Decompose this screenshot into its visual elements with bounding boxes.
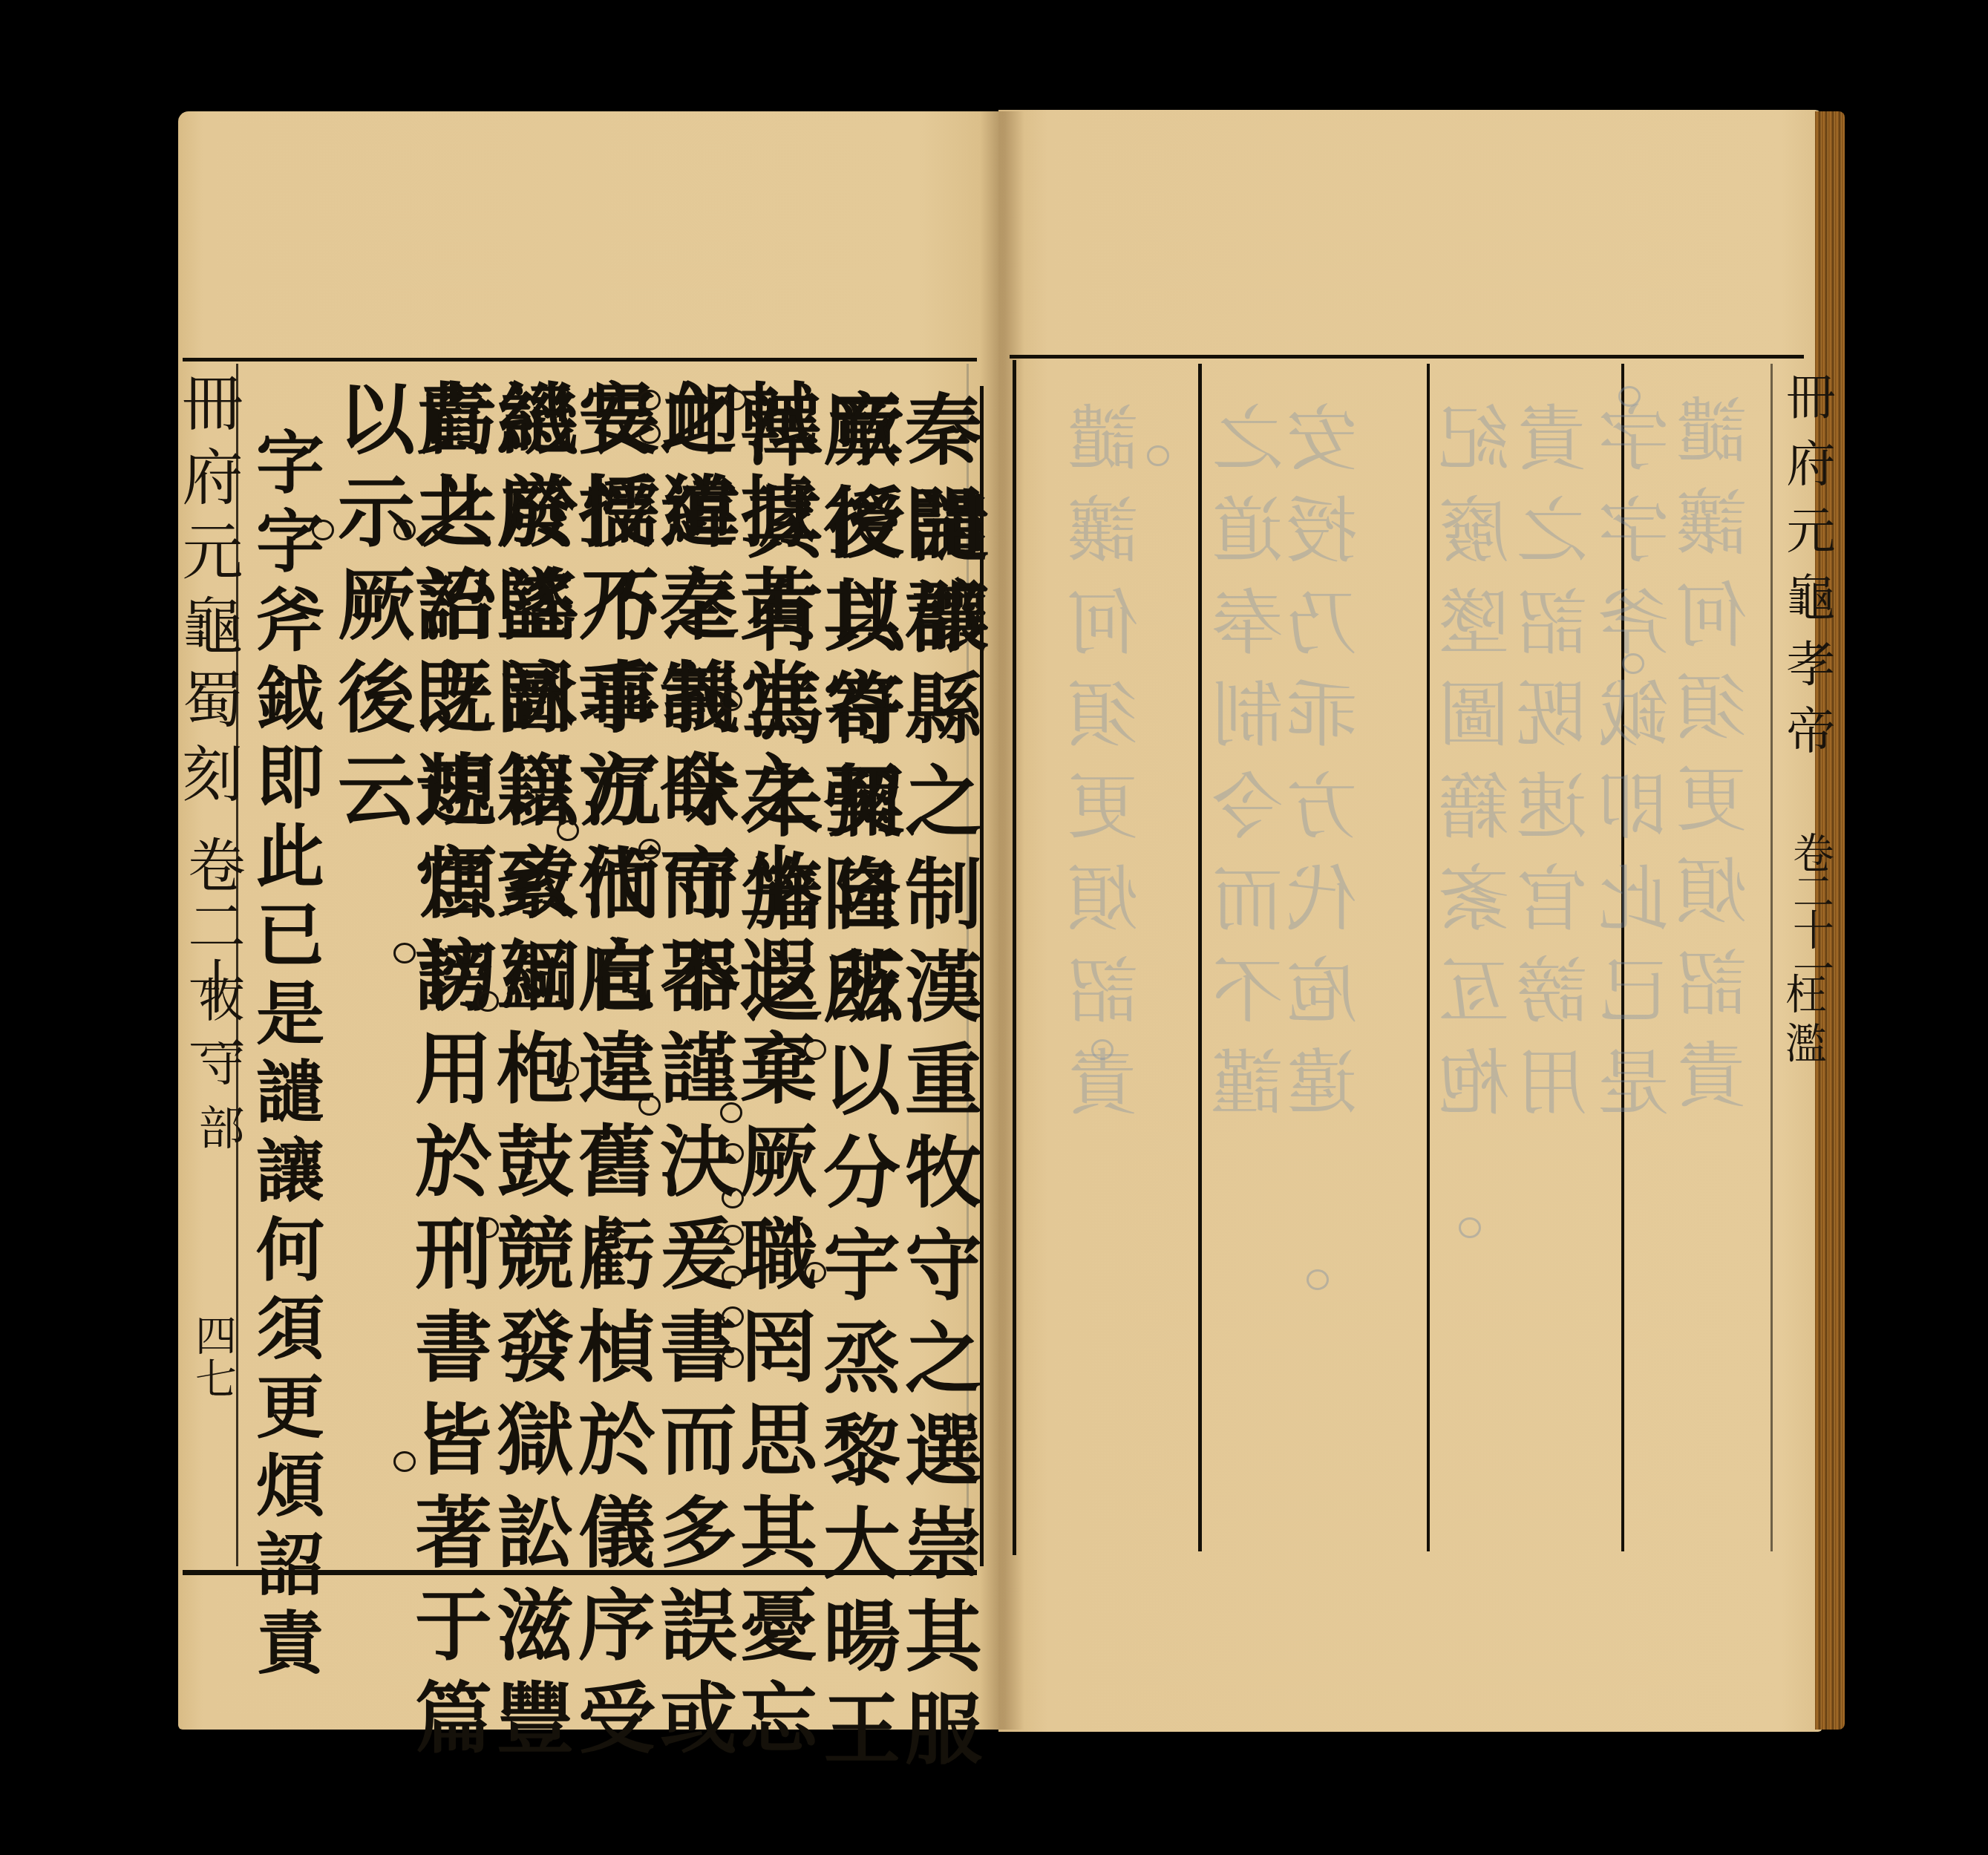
- bleed-through-circle: [1307, 1269, 1329, 1290]
- margin-book-title: 冊府元龜蜀刻: [177, 371, 238, 817]
- punctuation-circle: [477, 1217, 499, 1238]
- text-column-8-commentary: 字字斧鉞即此已是譴讓何須更煩詔責: [251, 427, 319, 1686]
- right-margin-book-title: 冊府元龜孝帝: [1782, 371, 1831, 772]
- bleed-through-column: 字字斧鉞即此已是: [1603, 401, 1675, 1137]
- punctuation-circle: [722, 1143, 744, 1164]
- punctuation-circle: [725, 390, 747, 410]
- punctuation-circle: [722, 1266, 744, 1286]
- punctuation-circle: [393, 943, 416, 964]
- bleed-through-circle: [1622, 653, 1644, 674]
- punctuation-circle: [557, 1061, 579, 1082]
- punctuation-circle: [312, 520, 334, 540]
- punctuation-circle: [638, 423, 661, 444]
- punctuation-circle: [477, 991, 499, 1012]
- punctuation-circle: [720, 1102, 742, 1123]
- right-margin-juan-number: 卷二十一: [1789, 831, 1831, 986]
- bleed-through-column: 安授乃乖方代庖違: [1292, 401, 1363, 1137]
- right-frame-col-rule-1: [1198, 364, 1202, 1551]
- punctuation-circle: [804, 1039, 826, 1060]
- bleed-through-circle: [1459, 1217, 1481, 1238]
- bleed-through-column: 之道奉制令而不謹: [1217, 401, 1289, 1137]
- right-margin-section-name: 枉濫: [1782, 972, 1823, 1070]
- right-frame-margin-rule: [1770, 364, 1773, 1551]
- punctuation-circle: [804, 1262, 826, 1283]
- margin-section-name: 牧守部: [194, 976, 241, 1168]
- punctuation-circle: [638, 839, 661, 860]
- punctuation-circle: [393, 1451, 416, 1472]
- bleed-through-column: 譴讓何須更煩詔責: [1073, 401, 1144, 1137]
- right-frame-col-rule-2: [1427, 364, 1430, 1551]
- bleed-through-column: 譴讓何須更煩詔責: [1681, 393, 1753, 1130]
- punctuation-circle: [722, 1347, 744, 1368]
- punctuation-circle: [720, 690, 742, 711]
- bleed-through-column: 紀廢墜圖籍紊亙枹: [1444, 401, 1515, 1137]
- punctuation-circle: [638, 1095, 661, 1116]
- bleed-through-circle: [1091, 1039, 1114, 1060]
- book-gutter: [980, 111, 1024, 1730]
- bleed-through-circle: [1618, 386, 1641, 407]
- left-frame-top-rule: [183, 358, 977, 361]
- punctuation-circle: [638, 390, 661, 410]
- punctuation-circle: [393, 520, 416, 540]
- bleed-through-circle: [1147, 445, 1169, 466]
- right-frame-left-rule: [1013, 360, 1016, 1555]
- punctuation-circle: [557, 820, 579, 841]
- punctuation-circle: [722, 1225, 744, 1246]
- text-column-7: 責之詔既速官謗用於刑書皆著于篇以示厥後云: [331, 379, 485, 1855]
- right-frame-top-rule: [1010, 355, 1804, 359]
- bleed-through-column: 責之詔既速官謗用: [1522, 401, 1593, 1137]
- punctuation-circle: [722, 1188, 744, 1208]
- punctuation-circle: [722, 1306, 744, 1327]
- margin-page-number: 四七: [192, 1314, 233, 1400]
